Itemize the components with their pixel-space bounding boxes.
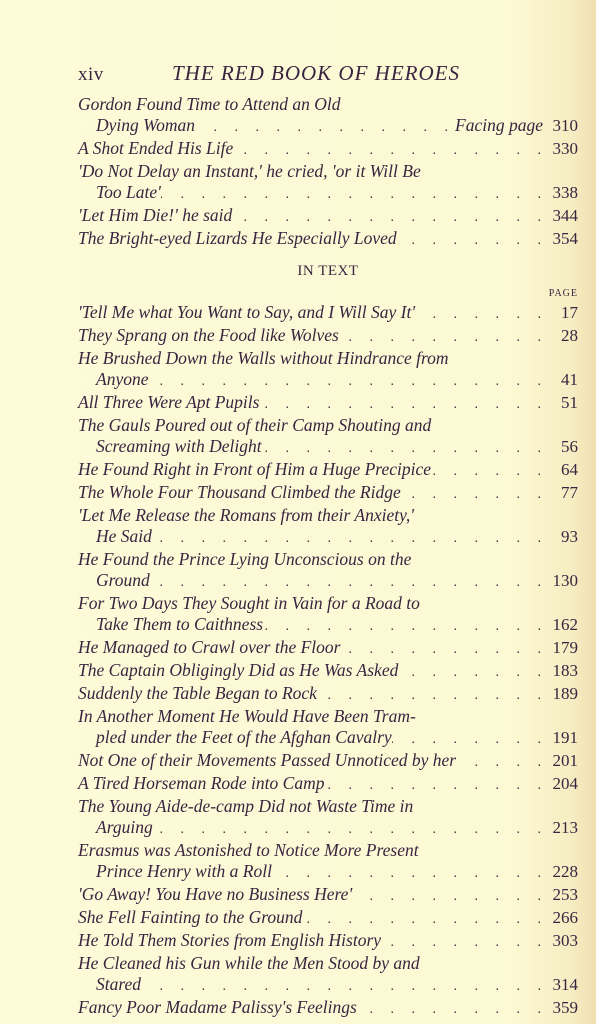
page-number: 41 [548,369,578,390]
entry-line: The Whole Four Thousand Climbed the Ridg… [78,482,578,505]
page-number: 344 [548,205,578,226]
entry-title: Gordon Found Time to Attend an Old [78,94,341,115]
entry-title: 'Do Not Delay an Instant,' he cried, 'or… [78,161,421,182]
entry-line: The Gauls Poured out of their Camp Shout… [78,415,578,436]
list-item: Erasmus was Astonished to Notice More Pr… [78,840,578,884]
entry-title: A Tired Horseman Rode into Camp [78,773,324,794]
entry-line: She Fell Fainting to the Ground . . . . … [78,907,578,930]
page-number: 359 [548,997,578,1018]
page-number: 93 [548,526,578,547]
entry-title: He Said [96,526,152,547]
page-number: 314 [548,974,578,995]
dot-leader: . . . . . . . . . . . . . . . . . . . . … [339,327,548,348]
dot-leader: . . . . . . . . . . . . . . . . . . . . … [431,461,548,482]
entry-title: Ground [96,570,150,591]
entry-line: 'Let Him Die!' he said . . . . . . . . .… [78,205,578,228]
list-item: 'Let Me Release the Romans from their An… [78,505,578,549]
list-item: The Young Aide-de-camp Did not Waste Tim… [78,796,578,840]
list-item: Gordon Found Time to Attend an OldDying … [78,94,578,138]
entry-line: They Sprang on the Food like Wolves . . … [78,325,578,348]
dot-leader: . . . . . . . . . . . . . . . . . . . . … [148,371,548,392]
book-page: xiv THE RED BOOK OF HEROES Gordon Found … [78,58,578,1020]
list-item: Not One of their Movements Passed Unnoti… [78,750,578,773]
list-item: He Told Them Stories from English Histor… [78,930,578,953]
entry-line: For Two Days They Sought in Vain for a R… [78,593,578,614]
page-number: 201 [548,750,578,771]
list-item: 'Let Him Die!' he said . . . . . . . . .… [78,205,578,228]
page-number: 64 [548,459,578,480]
entry-title: She Fell Fainting to the Ground [78,907,302,928]
page-column-label: PAGE [78,288,578,299]
dot-leader: . . . . . . . . . . . . . . . . . . . . … [381,932,548,953]
entry-continuation-line: Ground . . . . . . . . . . . . . . . . .… [78,570,578,593]
entry-line: Fancy Poor Madame Palissy's Feelings . .… [78,997,578,1020]
dot-leader: . . . . . . . . . . . . . . . . . . . . … [161,184,548,205]
list-item: He Cleaned his Gun while the Men Stood b… [78,953,578,997]
dot-leader: . . . . . . . . . . . . . . . . . . . . … [456,752,548,773]
page-number: 338 [548,182,578,203]
entry-title: The Captain Obligingly Did as He Was Ask… [78,660,398,681]
entry-line: The Bright-eyed Lizards He Especially Lo… [78,228,578,251]
dot-leader: . . . . . . . . . . . . . . . . . . . . … [324,775,548,796]
entry-continuation-line: Too Late' . . . . . . . . . . . . . . . … [78,182,578,205]
entry-continuation-line: Screaming with Delight . . . . . . . . .… [78,436,578,459]
entry-title: A Shot Ended His Life [78,138,233,159]
dot-leader: . . . . . . . . . . . . . . . . . . . . … [398,662,548,683]
entry-line: The Captain Obligingly Did as He Was Ask… [78,660,578,683]
list-item: He Managed to Crawl over the Floor . . .… [78,637,578,660]
entry-title: He Cleaned his Gun while the Men Stood b… [78,953,420,974]
dot-leader: . . . . . . . . . . . . . . . . . . . . … [352,886,548,907]
page-number: 179 [548,637,578,658]
entry-continuation-line: Dying Woman . . . . . . . . . . . . . . … [78,115,578,138]
entry-title: Erasmus was Astonished to Notice More Pr… [78,840,419,861]
page-number: 130 [548,570,578,591]
list-item: He Found the Prince Lying Unconscious on… [78,549,578,593]
page-number: 56 [548,436,578,457]
page-number: 330 [548,138,578,159]
dot-leader: . . . . . . . . . . . . . . . . . . . . … [153,819,548,840]
list-item: Fancy Poor Madame Palissy's Feelings . .… [78,997,578,1020]
entry-line: A Tired Horseman Rode into Camp . . . . … [78,773,578,796]
list-item: They Sprang on the Food like Wolves . . … [78,325,578,348]
entry-title: He Brushed Down the Walls without Hindra… [78,348,449,369]
list-item: 'Go Away! You Have no Business Here' . .… [78,884,578,907]
list-item: In Another Moment He Would Have Been Tra… [78,706,578,750]
entry-title: He Found Right in Front of Him a Huge Pr… [78,459,431,480]
list-item: All Three Were Apt Pupils . . . . . . . … [78,392,578,415]
entry-title: He Told Them Stories from English Histor… [78,930,381,951]
dot-leader: . . . . . . . . . . . . . . . . . . . . … [152,528,548,549]
entry-continuation-line: Prince Henry with a Roll . . . . . . . .… [78,861,578,884]
dot-leader: . . . . . . . . . . . . . . . . . . . . … [263,616,548,637]
page-folio: xiv [78,64,104,86]
entry-title: pled under the Feet of the Afghan Cavalr… [96,727,392,748]
dot-leader: . . . . . . . . . . . . . . . . . . . . … [401,484,548,505]
page-number: 162 [548,614,578,635]
entry-line: 'Do Not Delay an Instant,' he cried, 'or… [78,161,578,182]
list-item: He Brushed Down the Walls without Hindra… [78,348,578,392]
entry-continuation-line: pled under the Feet of the Afghan Cavalr… [78,727,578,750]
entry-line: 'Tell Me what You Want to Say, and I Wil… [78,302,578,325]
page-number: 189 [548,683,578,704]
dot-leader: . . . . . . . . . . . . . . . . . . . . … [340,639,548,660]
plates-list: Gordon Found Time to Attend an OldDying … [78,94,578,251]
in-text-list: 'Tell Me what You Want to Say, and I Wil… [78,302,578,1020]
dot-leader: . . . . . . . . . . . . . . . . . . . . … [397,230,548,251]
entry-line: He Managed to Crawl over the Floor . . .… [78,637,578,660]
dot-leader: . . . . . . . . . . . . . . . . . . . . … [195,117,455,138]
entry-title: Dying Woman [96,115,195,136]
facing-page-label: Facing page [455,115,548,136]
entry-title: Prince Henry with a Roll [96,861,272,882]
entry-title: 'Tell Me what You Want to Say, and I Wil… [78,302,415,323]
page-number: 77 [548,482,578,503]
list-item: She Fell Fainting to the Ground . . . . … [78,907,578,930]
list-item: 'Do Not Delay an Instant,' he cried, 'or… [78,161,578,205]
page-number: 183 [548,660,578,681]
page-number: 266 [548,907,578,928]
entry-title: All Three Were Apt Pupils [78,392,259,413]
entry-title: They Sprang on the Food like Wolves [78,325,339,346]
entry-line: Suddenly the Table Began to Rock . . . .… [78,683,578,706]
dot-leader: . . . . . . . . . . . . . . . . . . . . … [232,207,548,228]
entry-line: He Found Right in Front of Him a Huge Pr… [78,459,578,482]
entry-line: He Cleaned his Gun while the Men Stood b… [78,953,578,974]
page-number: 191 [548,727,578,748]
list-item: A Shot Ended His Life . . . . . . . . . … [78,138,578,161]
entry-title: For Two Days They Sought in Vain for a R… [78,593,420,614]
dot-leader: . . . . . . . . . . . . . . . . . . . . … [392,729,548,750]
page-number: 303 [548,930,578,951]
entry-title: The Gauls Poured out of their Camp Shout… [78,415,431,436]
section-heading-in-text: IN TEXT [78,263,578,280]
entry-line: In Another Moment He Would Have Been Tra… [78,706,578,727]
list-item: A Tired Horseman Rode into Camp . . . . … [78,773,578,796]
dot-leader: . . . . . . . . . . . . . . . . . . . . … [141,976,548,997]
entry-title: The Bright-eyed Lizards He Especially Lo… [78,228,397,249]
entry-title: Fancy Poor Madame Palissy's Feelings [78,997,357,1018]
book-title: THE RED BOOK OF HEROES [172,61,460,86]
page-number: 204 [548,773,578,794]
entry-line: He Brushed Down the Walls without Hindra… [78,348,578,369]
entry-title: The Whole Four Thousand Climbed the Ridg… [78,482,401,503]
entry-continuation-line: Stared . . . . . . . . . . . . . . . . .… [78,974,578,997]
entry-continuation-line: Anyone . . . . . . . . . . . . . . . . .… [78,369,578,392]
entry-title: Stared [96,974,141,995]
page-number: 310 [548,115,578,136]
entry-title: Not One of their Movements Passed Unnoti… [78,750,456,771]
dot-leader: . . . . . . . . . . . . . . . . . . . . … [272,863,548,884]
list-item: Suddenly the Table Began to Rock . . . .… [78,683,578,706]
entry-line: 'Let Me Release the Romans from their An… [78,505,578,526]
entry-continuation-line: Arguing . . . . . . . . . . . . . . . . … [78,817,578,840]
page-number: 17 [548,302,578,323]
dot-leader: . . . . . . . . . . . . . . . . . . . . … [233,140,548,161]
entry-title: 'Let Me Release the Romans from their An… [78,505,414,526]
entry-line: All Three Were Apt Pupils . . . . . . . … [78,392,578,415]
dot-leader: . . . . . . . . . . . . . . . . . . . . … [415,304,548,325]
page-number: 28 [548,325,578,346]
page-number: 51 [548,392,578,413]
entry-title: Screaming with Delight [96,436,262,457]
entry-line: 'Go Away! You Have no Business Here' . .… [78,884,578,907]
entry-line: He Told Them Stories from English Histor… [78,930,578,953]
entry-title: 'Go Away! You Have no Business Here' [78,884,352,905]
dot-leader: . . . . . . . . . . . . . . . . . . . . … [150,572,548,593]
entry-title: Too Late' [96,182,161,203]
dot-leader: . . . . . . . . . . . . . . . . . . . . … [317,685,548,706]
page-number: 228 [548,861,578,882]
list-item: The Whole Four Thousand Climbed the Ridg… [78,482,578,505]
entry-title: Arguing [96,817,153,838]
entry-title: Suddenly the Table Began to Rock [78,683,317,704]
entry-line: The Young Aide-de-camp Did not Waste Tim… [78,796,578,817]
dot-leader: . . . . . . . . . . . . . . . . . . . . … [302,909,548,930]
dot-leader: . . . . . . . . . . . . . . . . . . . . … [262,438,548,459]
running-head: xiv THE RED BOOK OF HEROES [78,58,578,94]
entry-title: He Found the Prince Lying Unconscious on… [78,549,411,570]
entry-line: A Shot Ended His Life . . . . . . . . . … [78,138,578,161]
list-item: The Bright-eyed Lizards He Especially Lo… [78,228,578,251]
entry-continuation-line: Take Them to Caithness . . . . . . . . .… [78,614,578,637]
page-number: 213 [548,817,578,838]
list-item: 'Tell Me what You Want to Say, and I Wil… [78,302,578,325]
list-item: He Found Right in Front of Him a Huge Pr… [78,459,578,482]
entry-title: He Managed to Crawl over the Floor [78,637,340,658]
list-item: For Two Days They Sought in Vain for a R… [78,593,578,637]
entry-title: Anyone [96,369,148,390]
entry-title: The Young Aide-de-camp Did not Waste Tim… [78,796,413,817]
dot-leader: . . . . . . . . . . . . . . . . . . . . … [259,394,548,415]
entry-line: Erasmus was Astonished to Notice More Pr… [78,840,578,861]
page-number: 253 [548,884,578,905]
entry-line: Gordon Found Time to Attend an Old [78,94,578,115]
list-item: The Captain Obligingly Did as He Was Ask… [78,660,578,683]
entry-title: In Another Moment He Would Have Been Tra… [78,706,416,727]
entry-line: He Found the Prince Lying Unconscious on… [78,549,578,570]
entry-title: Take Them to Caithness [96,614,263,635]
list-item: The Gauls Poured out of their Camp Shout… [78,415,578,459]
entry-continuation-line: He Said . . . . . . . . . . . . . . . . … [78,526,578,549]
page-number: 354 [548,228,578,249]
entry-line: Not One of their Movements Passed Unnoti… [78,750,578,773]
entry-title: 'Let Him Die!' he said [78,205,232,226]
dot-leader: . . . . . . . . . . . . . . . . . . . . … [357,999,548,1020]
